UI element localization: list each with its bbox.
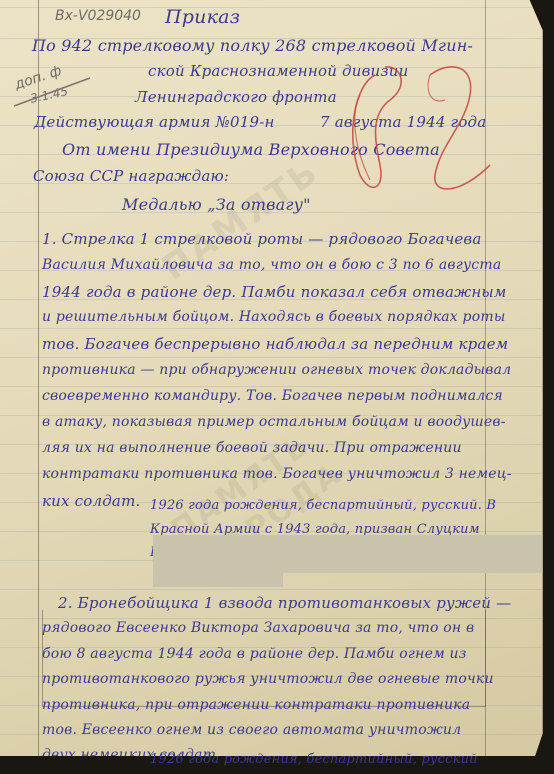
entry-2-line: противника, при отражении контратаки про… [42,697,470,713]
entry-1-bio: 1926 года рождения, беспартийный, русски… [150,498,496,513]
entry-1-line: 1944 года в районе дер. Памби показал се… [42,283,506,301]
entry-2-line: 2. Бронебойщика 1 взвода противотанковых… [58,594,511,612]
entry-1-line: тов. Богачев беспрерывно наблюдал за пер… [42,335,508,353]
entry-2-line: противотанкового ружья уничтожил две огн… [42,671,494,687]
entry-1-line: противника — при обнаружении огневых точ… [42,362,511,378]
entry-1-line: и решительным бойцом. Находясь в боевых … [42,309,505,325]
header-line: По 942 стрелковому полку 268 стрелковой … [32,36,473,55]
preamble-line: Союза ССР награждаю: [33,167,229,185]
entry-1-line: ких солдат. [42,492,140,510]
entry-2-line: рядового Евсеенко Виктора Захаровича за … [42,620,474,636]
entry-2-line: тов. Евсеенко огнем из своего автомата у… [42,722,461,738]
document-title: Приказ [165,6,240,28]
header-line: Ленинградского фронта [135,88,337,106]
redacted-address [153,573,283,587]
document-page: ПАМЯТЬ ПАМЯТЬ НАРОДА Вх-V029040 доп. ф 3… [0,0,546,756]
entry-2-line: бою 8 августа 1944 года в районе дер. Па… [42,646,467,662]
entry-1-line: Василия Михайловича за то, что он в бою … [42,257,501,273]
entry-1-line: 1. Стрелка 1 стрелковой роты — рядового … [42,230,482,248]
entry-1-line: своевременно командиру. Тов. Богачев пер… [42,388,503,404]
entry-2-bio: 1926 года рождения, беспартийный, русски… [150,752,478,767]
entry-1-line: контратаки противника тов. Богачев уничт… [42,466,512,482]
order-number: Действующая армия №019-н [34,113,275,131]
entry-1-line: ляя их на выполнение боевой задачи. При … [42,440,462,456]
pencil-strike-icon [12,70,92,110]
medal-name: Медалью „За отвагу" [122,195,311,214]
entry-1-line: в атаку, показывая пример остальным бойц… [42,414,506,430]
archive-number: Вх-V029040 [55,8,141,24]
redacted-address [153,535,546,573]
red-pencil-mark-icon [330,55,500,200]
